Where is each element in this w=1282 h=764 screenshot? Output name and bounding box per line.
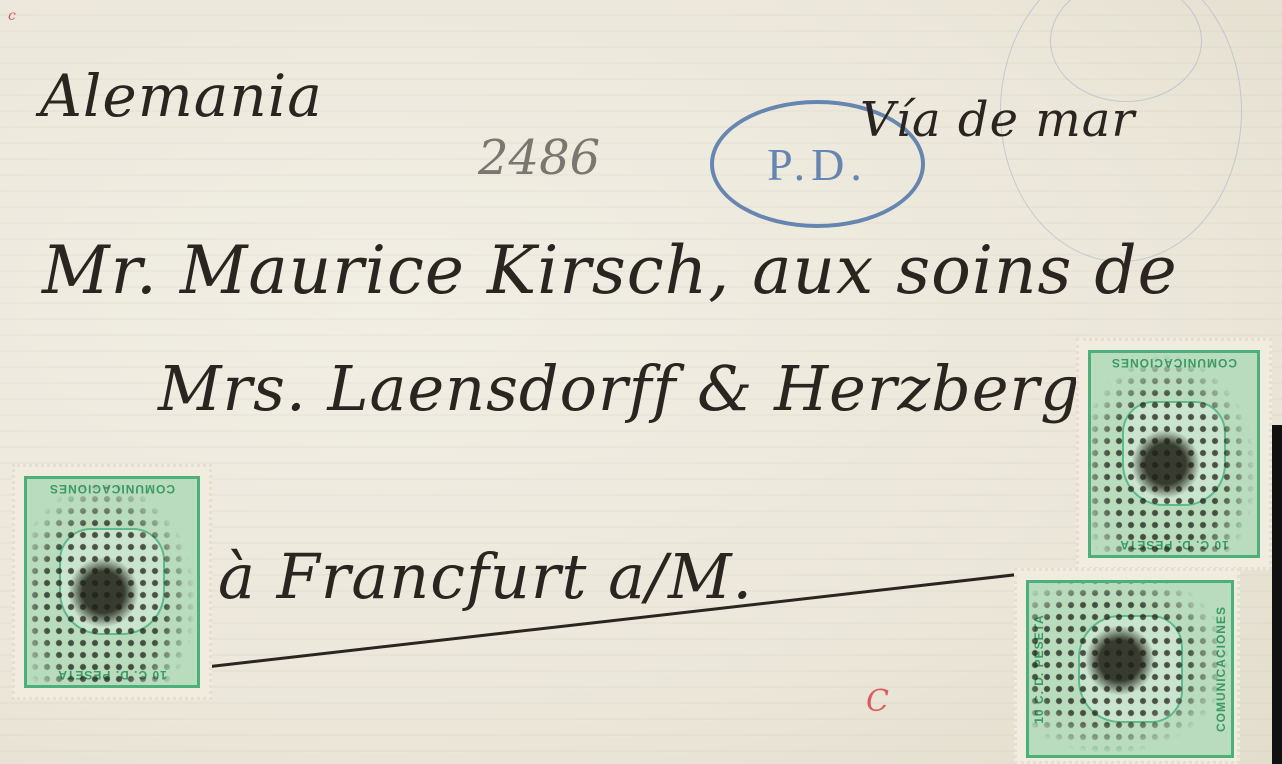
pencil-note: 2486 (478, 130, 600, 186)
stamp-design: 10 C. D. PESETA COMUNICACIONES (24, 476, 200, 688)
dotted-cancellation (1029, 583, 1231, 755)
postage-stamp-right-bottom: 10 C. D. PESETA COMUNICACIONES (1014, 568, 1240, 764)
scan-background-edge (1272, 425, 1282, 764)
address-line-2: Mrs. Laensdorff & Herzberg (158, 352, 1081, 425)
dotted-cancellation (1091, 353, 1257, 555)
route-note: Vía de mar (860, 92, 1135, 148)
postage-stamp-left: 10 C. D. PESETA COMUNICACIONES (12, 464, 212, 700)
pd-handstamp-text: P.D. (767, 138, 868, 191)
stamp-design: 10 C. D. PESETA COMUNICACIONES (1088, 350, 1260, 558)
red-pencil-mark: C (866, 684, 889, 719)
destination-country: Alemania (40, 62, 323, 130)
dotted-cancellation (27, 479, 197, 685)
postage-stamp-right-top: 10 C. D. PESETA COMUNICACIONES (1076, 338, 1272, 570)
address-line-3: à Francfurt a/M. (218, 540, 753, 613)
corner-mark: c (8, 8, 16, 24)
address-line-1: Mr. Maurice Kirsch, aux soins de (42, 232, 1178, 309)
stamp-design: 10 C. D. PESETA COMUNICACIONES (1026, 580, 1234, 758)
postal-cover: c Alemania 2486 P.D. Vía de mar Mr. Maur… (0, 0, 1282, 764)
